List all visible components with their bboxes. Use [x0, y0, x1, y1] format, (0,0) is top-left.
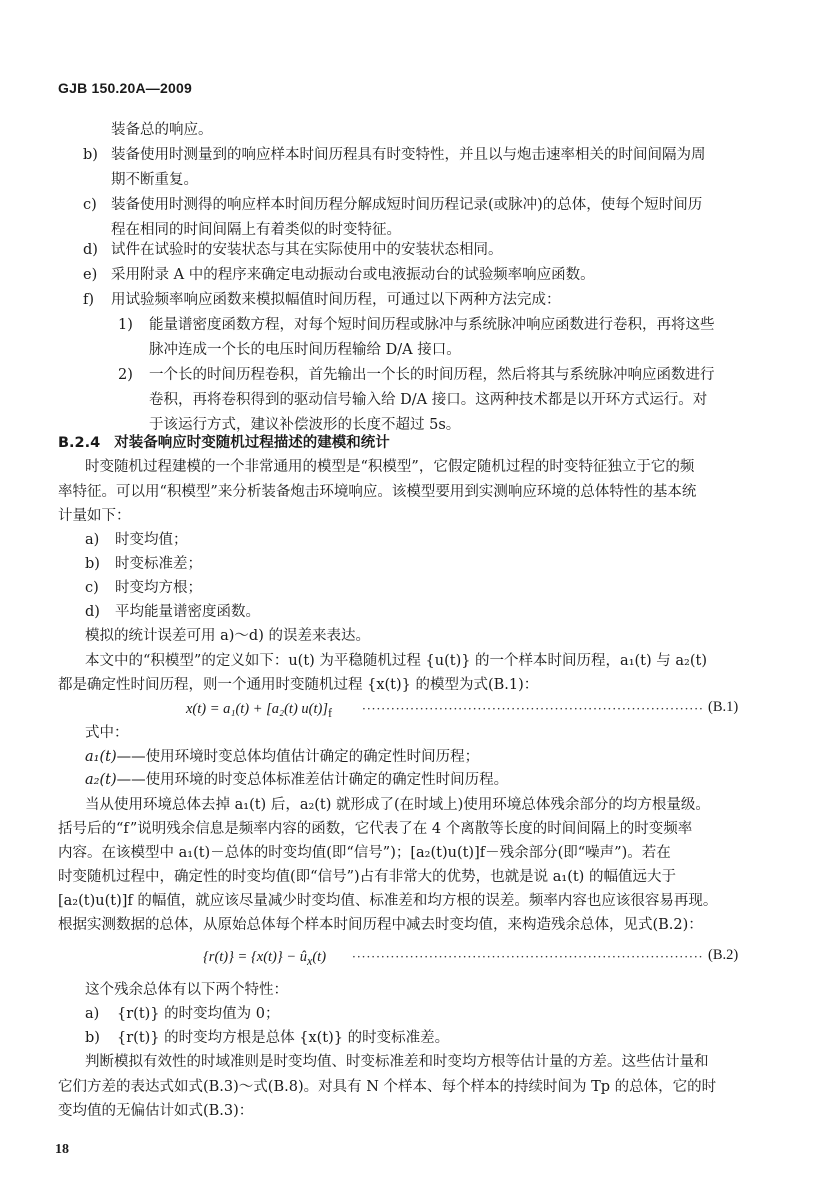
stat-item-b: 时变标准差； [115, 554, 202, 574]
list-item-f2-line-3: 于该运行方式，建议补偿波形的长度不超过 5s。 [149, 415, 460, 435]
where-item-a2-symbol: a₂(t) [85, 772, 117, 788]
where-item-a2-dash: —— [117, 772, 146, 788]
definition-line-1: 本文中的“积模型”的定义如下：u(t) 为平稳随机过程 {u(t)} 的一个样本… [85, 651, 707, 671]
list-label-e: e) [83, 265, 97, 285]
equation-b2-leader-dots: ········································… [352, 950, 704, 964]
paragraph-2-line-4: 时变随机过程中，确定性的时变均值(即“信号”)占有非常大的优势，也就是说 a₁(… [58, 867, 676, 887]
list-item-d: 试件在试验时的安装状态与其在实际使用中的安装状态相同。 [111, 240, 503, 260]
stat-item-d: 平均能量谱密度函数。 [115, 602, 260, 622]
paragraph-2-line-6: 根据实测数据的总体，从原始总体每个样本时间历程中减去时变均值，来构造残余总体，见… [58, 915, 703, 935]
list-item-b-line-2: 期不断重复。 [111, 170, 198, 190]
list-item-f2-line-2: 卷积，再将卷积得到的驱动信号输入给 D/A 接口。这两种技术都是以开环方式运行。… [149, 390, 707, 410]
stat-label-a: a) [85, 530, 99, 550]
list-item-f1-line-1: 能量谱密度函数方程，对每个短时间历程或脉冲与系统脉冲响应函数进行卷积，再将这些 [149, 315, 715, 335]
list-label-d: d) [83, 240, 98, 260]
paragraph-2-line-2: 括号后的“f”说明残余信息是频率内容的函数，它代表了在 4 个离散等长度的时间间… [58, 819, 692, 839]
list-label-b: b) [83, 145, 98, 165]
definition-line-2: 都是确定性时间历程，则一个通用时变随机过程 {x(t)} 的模型为式(B.1)： [58, 675, 538, 695]
residual-item-a: {r(t)} 的时变均值为 0； [117, 1004, 279, 1024]
equation-b1-subscript: f [328, 706, 332, 720]
residual-label-b: b) [85, 1028, 100, 1048]
intro-line-2: 率特征。可以用“积模型”来分析装备炮击环境响应。该模型要用到实测响应环境的总体特… [58, 482, 696, 502]
intro-line-1: 时变随机过程建模的一个非常通用的模型是“积模型”，它假定随机过程的时变特征独立于… [85, 457, 694, 477]
stat-label-b: b) [85, 554, 100, 574]
list-item-f2-line-1: 一个长的时间历程卷积，首先输出一个长的时间历程，然后将其与系统脉冲响应函数进行 [149, 365, 715, 385]
equation-b1-expression: x(t) = a₁(t) + [a₂(t) u(t)] [186, 701, 328, 717]
section-heading: B.2.4对装备响应时变随机过程描述的建模和统计 [58, 433, 390, 453]
error-line: 模拟的统计误差可用 a)～d) 的误差来表达。 [85, 626, 370, 646]
equation-b1: x(t) = a₁(t) + [a₂(t) u(t)]f [186, 699, 332, 723]
where-item-a1: a₁(t)——使用环境时变总体均值估计确定的确定性时间历程； [85, 747, 479, 767]
document-id-header: GJB 150.20A—2009 [58, 80, 192, 96]
list-item-c-line-2: 程在相同的时间间隔上有着类似的时变特征。 [111, 220, 401, 240]
paragraph-2-line-3: 内容。在该模型中 a₁(t)－总体的时变均值(即“信号”)；[a₂(t)u(t)… [58, 843, 671, 863]
paragraph-3-line-3: 变均值的无偏估计如式(B.3)： [58, 1101, 253, 1121]
list-item-f: 用试验频率响应函数来模拟幅值时间历程，可通过以下两种方法完成： [111, 290, 561, 310]
list-label-f1: 1) [118, 315, 133, 335]
stat-item-a: 时变均值； [115, 530, 188, 550]
residual-label-a: a) [85, 1004, 99, 1024]
stat-item-c: 时变均方根； [115, 578, 202, 598]
stat-label-d: d) [85, 602, 100, 622]
list-item-c-line-1: 装备使用时测得的响应样本时间历程分解成短时间历程记录(或脉冲)的总体，使每个短时… [111, 195, 702, 215]
where-label: 式中： [85, 723, 129, 743]
page-number: 18 [55, 1142, 69, 1158]
equation-b2-expression: {r(t)} = {x(t)} − û [203, 949, 307, 965]
equation-b2-tail: (t) [312, 949, 326, 965]
list-item-f1-line-2: 脉冲连成一个长的电压时间历程输给 D/A 接口。 [149, 340, 461, 360]
residual-item-b: {r(t)} 的时变均方根是总体 {x(t)} 的时变标准差。 [117, 1028, 449, 1048]
where-item-a2: a₂(t)——使用环境的时变总体标准差估计确定的确定性时间历程。 [85, 770, 508, 790]
equation-b1-leader-dots: ········································… [362, 702, 704, 716]
section-title: 对装备响应时变随机过程描述的建模和统计 [114, 435, 390, 451]
list-item-a-continuation: 装备总的响应。 [111, 120, 213, 140]
paragraph-2-line-5: [a₂(t)u(t)]f 的幅值，就应该尽量减少时变均值、标准差和均方根的误差。… [58, 891, 717, 911]
paragraph-3-line-1: 判断模拟有效性的时域准则是时变均值、时变标准差和时变均方根等估计量的方差。这些估… [85, 1052, 709, 1072]
list-label-f: f) [83, 290, 94, 310]
stat-label-c: c) [85, 578, 99, 598]
list-label-f2: 2) [118, 365, 133, 385]
paragraph-3-line-2: 它们方差的表达式如式(B.3)～式(B.8)。对具有 N 个样本、每个样本的持续… [58, 1077, 716, 1097]
equation-b2-number: (B.2) [708, 947, 738, 964]
paragraph-2-line-1: 当从使用环境总体去掉 a₁(t) 后，a₂(t) 就形成了(在时域上)使用环境总… [85, 795, 710, 815]
where-item-a2-text: 使用环境的时变总体标准差估计确定的确定性时间历程。 [146, 772, 509, 788]
where-item-a1-dash: —— [117, 749, 146, 765]
residual-intro: 这个残余总体有以下两个特性： [85, 980, 288, 1000]
list-item-b-line-1: 装备使用时测量到的响应样本时间历程具有时变特性，并且以与炮击速率相关的时间间隔为… [111, 145, 706, 165]
list-item-e: 采用附录 A 中的程序来确定电动振动台或电液振动台的试验频率响应函数。 [111, 265, 595, 285]
list-label-c: c) [83, 195, 97, 215]
document-page: GJB 150.20A—2009 装备总的响应。 b) 装备使用时测量到的响应样… [0, 0, 824, 1196]
equation-b1-number: (B.1) [708, 699, 738, 716]
where-item-a1-symbol: a₁(t) [85, 749, 117, 765]
where-item-a1-text: 使用环境时变总体均值估计确定的确定性时间历程； [146, 749, 480, 765]
section-number: B.2.4 [58, 435, 100, 451]
intro-line-3: 计量如下： [58, 506, 131, 526]
equation-b2: {r(t)} = {x(t)} − ûx(t) [203, 947, 326, 971]
